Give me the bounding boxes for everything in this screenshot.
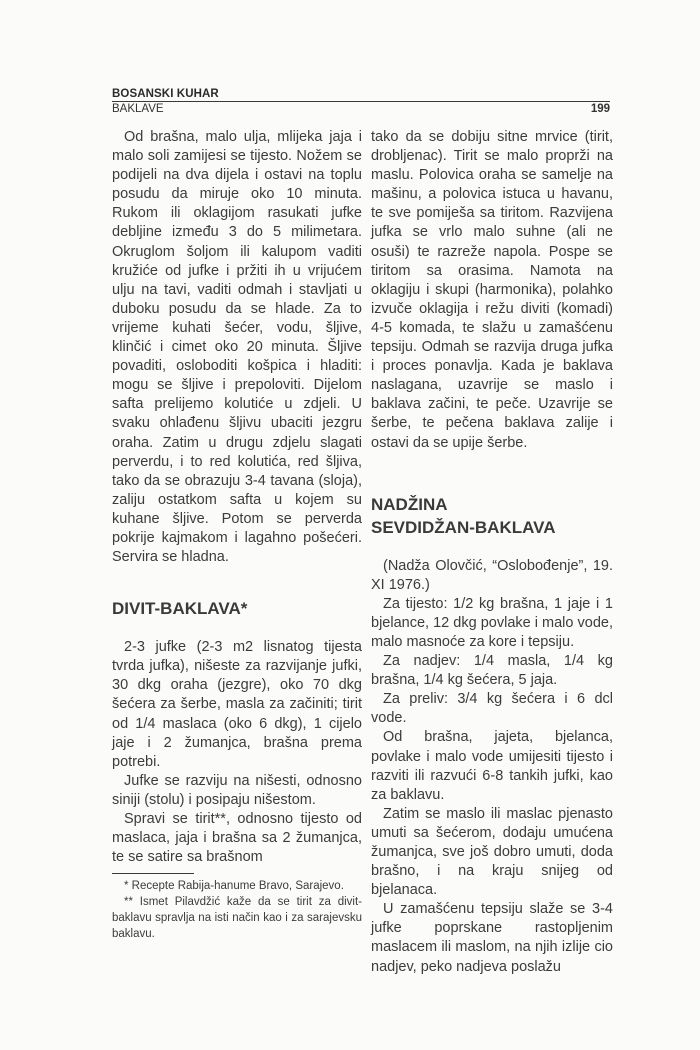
ingredients-dough: Za tijesto: 1/2 kg brašna, 1 jaje i 1 bj…: [371, 595, 613, 652]
recipe-title-line: NADŽINA: [371, 495, 448, 514]
footnote: * Recepte Rabija-hanume Bravo, Sarajevo.: [112, 878, 362, 894]
source-citation: (Nadža Olovčić, “Oslobođenje”, 19. XI 19…: [371, 557, 613, 595]
body-paragraph: Zatim se maslo ili maslac pjenas­to umut…: [371, 805, 613, 900]
intro-paragraph: Od brašna, malo ulja, mlijeka jaja i mal…: [112, 128, 362, 567]
body-paragraph: Od brašna, jajeta, bjelanca, povlake i m…: [371, 728, 613, 804]
header-rule: [112, 101, 610, 102]
footnotes: * Recepte Rabija-hanume Bravo, Sarajevo.…: [112, 878, 362, 942]
body-paragraph: U zamašćenu tepsiju slaže se 3-4 jufke p…: [371, 900, 613, 976]
ingredients-paragraph: 2-3 jufke (2-3 m2 lisnatog tijesta tvrda…: [112, 638, 362, 772]
running-header-section: BAKLAVE: [112, 103, 164, 115]
ingredients-filling: Za nadjev: 1/4 masla, 1/4 kg brašna, 1/4…: [371, 652, 613, 690]
body-paragraph: Spravi se tirit**, odnosno tijesto od ma…: [112, 810, 362, 867]
recipe-title-line: SEVDIDŽAN-BAKLAVA: [371, 518, 555, 537]
footnote: ** Ismet Pilavdžić kaže da se tirit za d…: [112, 894, 362, 942]
left-column: Od brašna, malo ulja, mlijeka jaja i mal…: [112, 128, 362, 942]
ingredients-syrup: Za preliv: 3/4 kg šećera i 6 dcl vode.: [371, 690, 613, 728]
footnote-divider: [112, 873, 194, 874]
continuation-paragraph: tako da se dobiju sitne mrvice (tirit, d…: [371, 128, 613, 453]
page-number: 199: [591, 103, 610, 115]
recipe-title-divit-baklava: DIVIT-BAKLAVA*: [112, 597, 362, 620]
recipe-title-nadzina-sevdidzan-baklava: NADŽINA SEVDIDŽAN-BAKLAVA: [371, 493, 613, 539]
body-paragraph: Jufke se razviju na nišesti, odnosno sin…: [112, 772, 362, 810]
right-column: tako da se dobiju sitne mrvice (tirit, d…: [371, 128, 613, 977]
running-header-title: BOSANSKI KUHAR: [112, 88, 219, 100]
